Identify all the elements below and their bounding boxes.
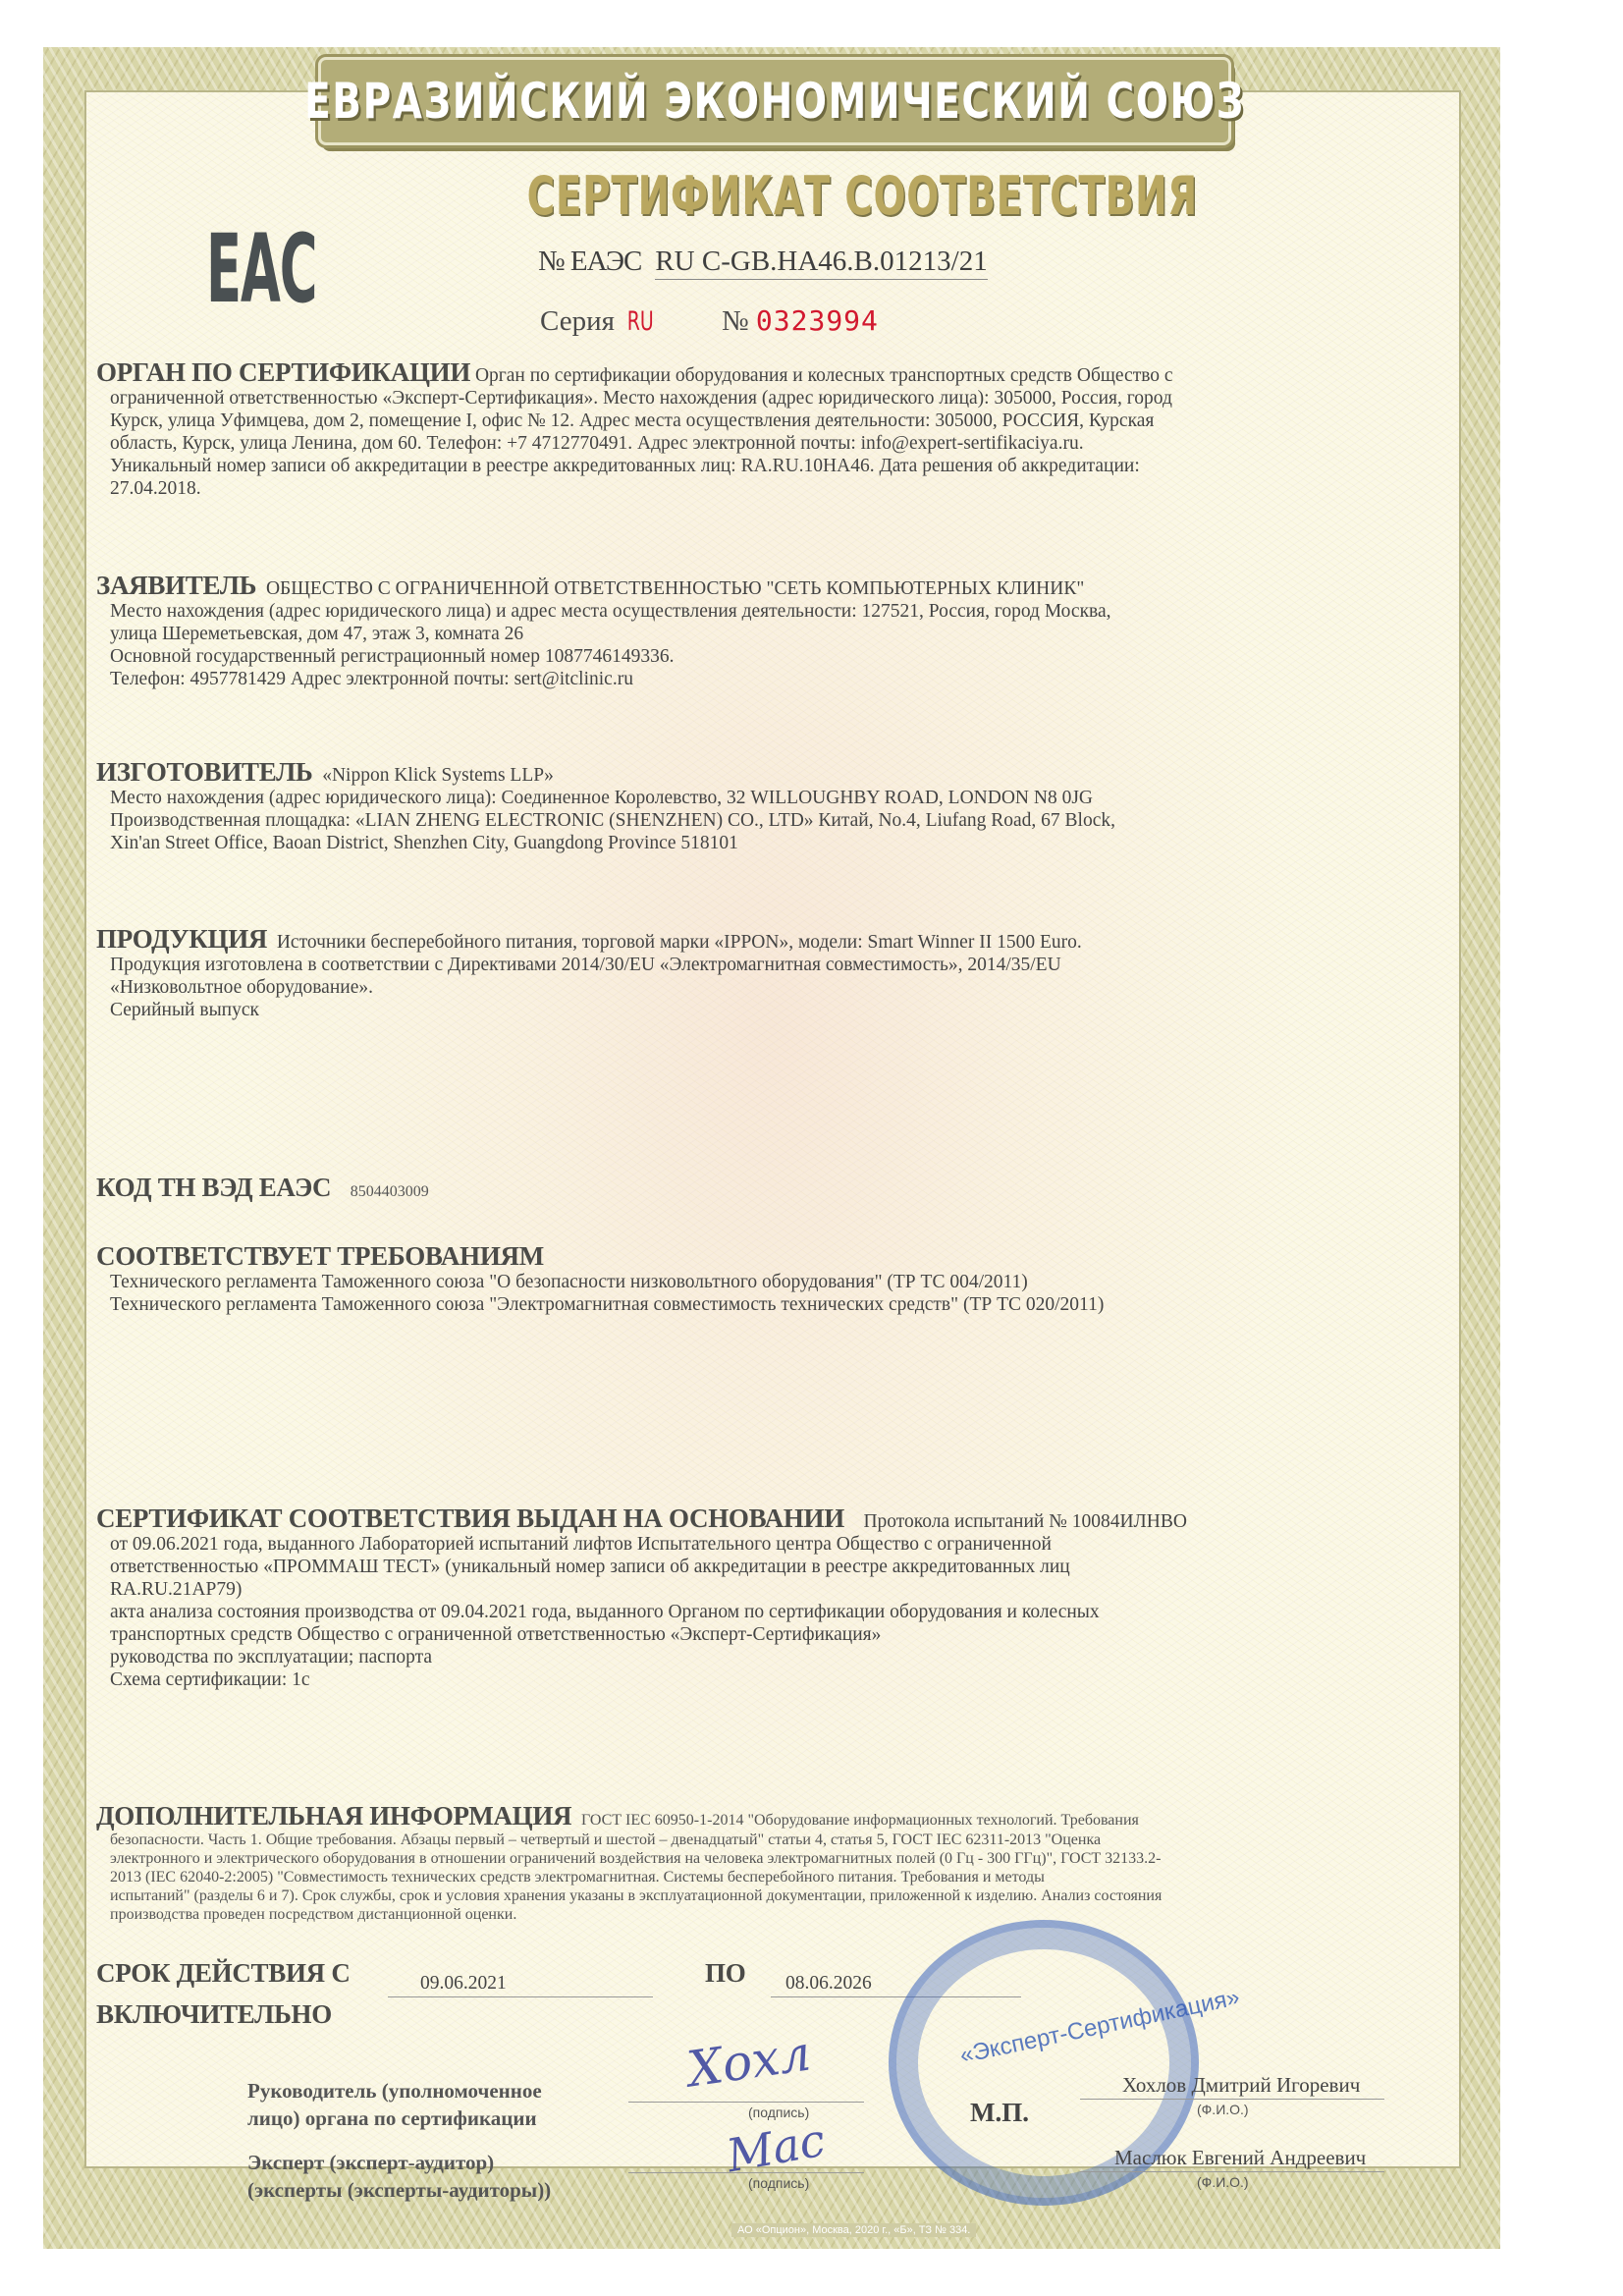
union-title: ЕВРАЗИЙСКИЙ ЭКОНОМИЧЕСКИЙ СОЮЗ [304,73,1245,130]
section-applicant: ЗАЯВИТЕЛЬ ОБЩЕСТВО С ОГРАНИЧЕННОЙ ОТВЕТС… [96,574,1471,690]
section-basis: СЕРТИФИКАТ СООТВЕТСТВИЯ ВЫДАН НА ОСНОВАН… [96,1507,1471,1691]
valid-to: 08.06.2026 [785,1972,872,1995]
union-banner: ЕВРАЗИЙСКИЙ ЭКОНОМИЧЕСКИЙ СОЮЗ [318,57,1231,145]
expert-signature-line [628,2172,864,2173]
stamp-mark: М.П. [970,2102,1029,2124]
valid-from-line [388,1996,653,1997]
inclusive-label: ВКЛЮЧИТЕЛЬНО [96,2003,332,2029]
blank-number: 0323994 [756,304,879,337]
fio-caption: (Ф.И.О.) [1197,2174,1249,2190]
printer-imprint: АО «Опцион», Москва, 2020 г., «Б», ТЗ № … [731,2223,976,2237]
eac-logo-icon: EAC [206,214,316,324]
section-hs-code: КОД ТН ВЭД ЕАЭС 8504403009 [96,1176,429,1202]
head-name: Хохлов Дмитрий Игоревич [1122,2074,1360,2097]
signature-caption: (подпись) [748,2175,809,2191]
valid-to-label: ПО [705,1962,745,1988]
head-name-line [1080,2099,1384,2100]
expert-name-line [1080,2171,1384,2172]
section-product: ПРОДУКЦИЯ Источники бесперебойного питан… [96,928,1471,1021]
section-manufacturer: ИЗГОТОВИТЕЛЬ «Nippon Klick Systems LLP» … [96,761,1471,854]
valid-from: 09.06.2021 [420,1972,507,1995]
expert-label: Эксперт (эксперт-аудитор) (эксперты (экс… [247,2149,551,2204]
fio-caption: (Ф.И.О.) [1197,2102,1249,2117]
certificate-title: СЕРТИФИКАТ СООТВЕТСТВИЯ [527,165,1015,227]
series-code: RU [627,306,654,337]
head-label: Руководитель (уполномоченное лицо) орган… [247,2077,542,2132]
expert-name: Маслюк Евгений Андреевич [1114,2147,1366,2169]
head-signature-line [628,2102,864,2103]
section-additional-info: ДОПОЛНИТЕЛЬНАЯ ИНФОРМАЦИЯ ГОСТ IEC 60950… [96,1805,1471,1924]
certificate-number: № ЕАЭСRU C-GB.HA46.B.01213/21 [538,246,988,278]
section-requirements: СООТВЕТСТВУЕТ ТРЕБОВАНИЯМ Технического р… [96,1245,1471,1316]
section-validity: СРОК ДЕЙСТВИЯ С [96,1962,351,1988]
blank-series: Серия RU № 0323994 [540,304,879,338]
section-certification-body: ОРГАН ПО СЕРТИФИКАЦИИ Орган по сертифика… [96,361,1471,500]
